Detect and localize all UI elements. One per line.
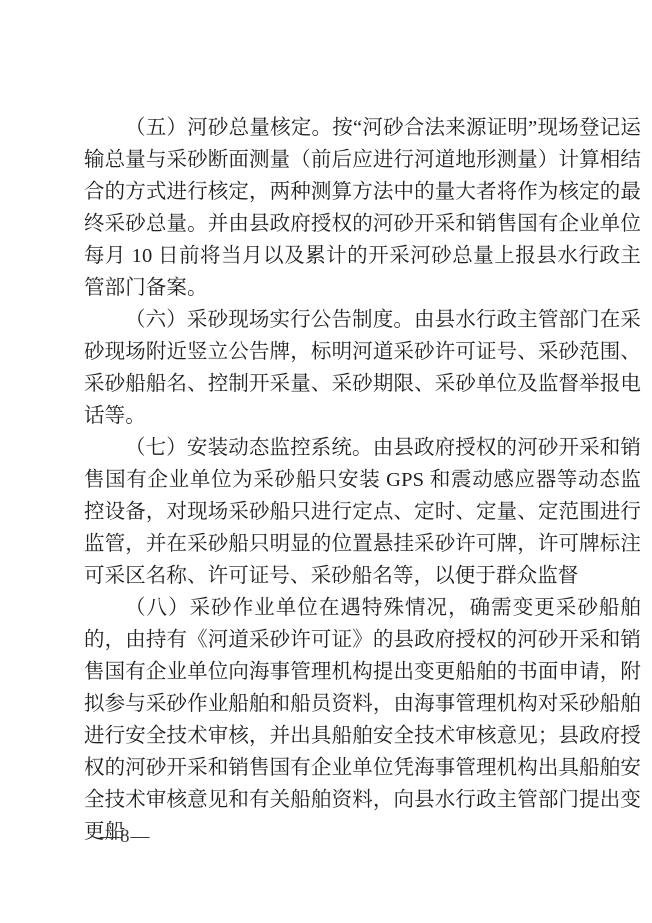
document-body: （五）河砂总量核定。按“河砂合法来源证明”现场登记运输总量与采砂断面测量（前后应… bbox=[84, 112, 641, 848]
paragraph-item-8: （八）采砂作业单位在遇特殊情况，确需变更采砂船舶的，由持有《河道采砂许可证》的县… bbox=[84, 592, 641, 848]
document-page: （五）河砂总量核定。按“河砂合法来源证明”现场登记运输总量与采砂断面测量（前后应… bbox=[0, 0, 652, 923]
paragraph-item-6: （六）采砂现场实行公告制度。由县水行政主管部门在采砂现场附近竖立公告牌，标明河道… bbox=[84, 304, 641, 432]
page-number: —8— bbox=[100, 826, 151, 848]
paragraph-item-5: （五）河砂总量核定。按“河砂合法来源证明”现场登记运输总量与采砂断面测量（前后应… bbox=[84, 112, 641, 304]
paragraph-item-7: （七）安装动态监控系统。由县政府授权的河砂开采和销售国有企业单位为采砂船只安装 … bbox=[84, 432, 641, 592]
